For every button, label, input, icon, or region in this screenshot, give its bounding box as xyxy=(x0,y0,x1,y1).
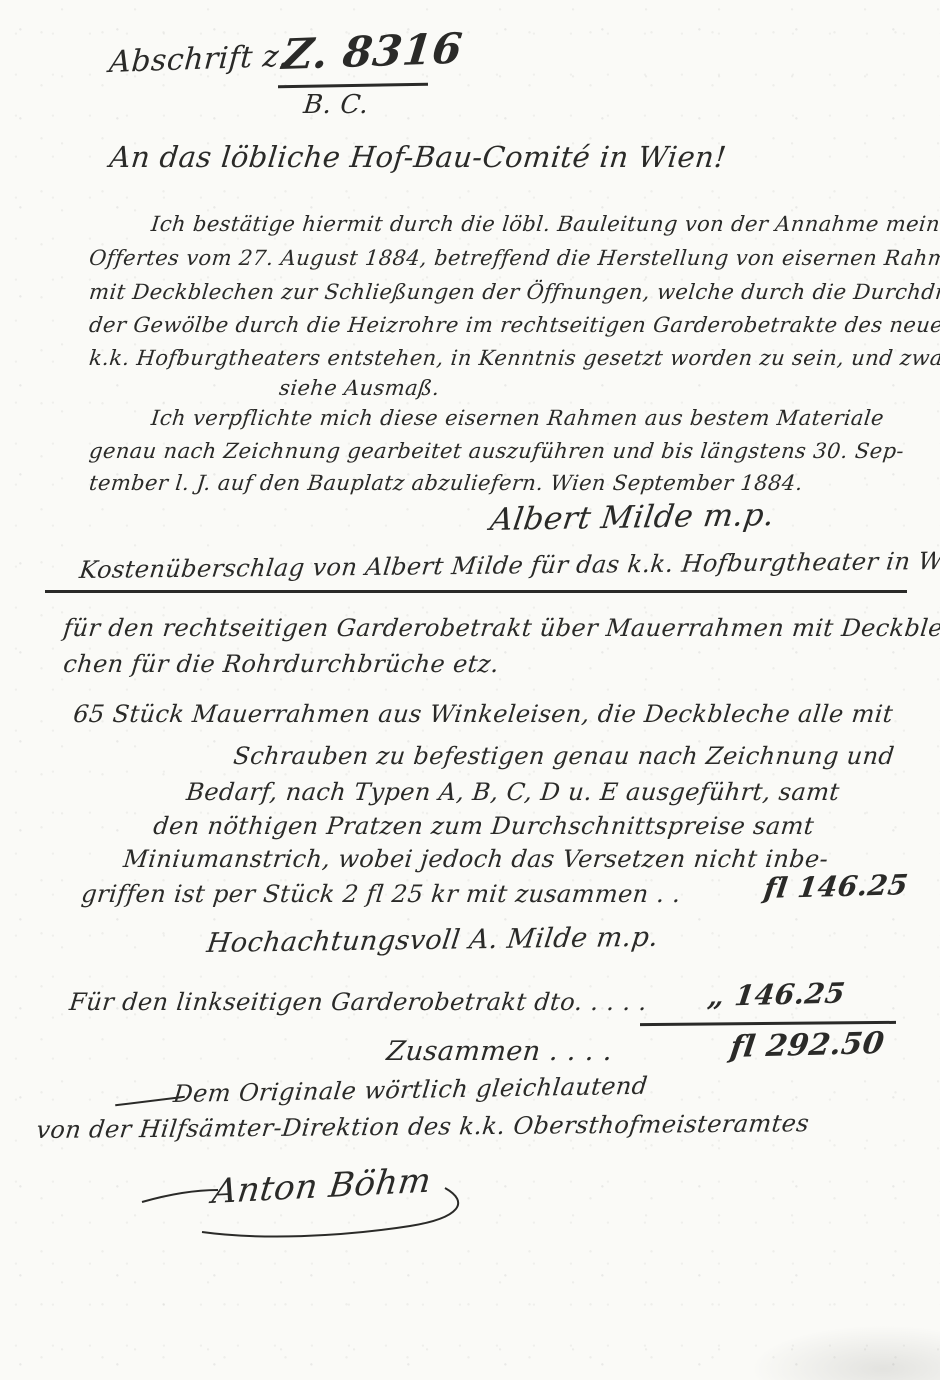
signature-flourish xyxy=(140,1160,480,1250)
reference-underline xyxy=(278,83,428,88)
total-label: Zusammen . . . . xyxy=(385,1036,614,1067)
paragraph-line: Ich bestätige hiermit durch die löbl. Ba… xyxy=(150,212,940,236)
left-tract-label: Für den linkseitigen Garderobetrakt dto.… xyxy=(68,988,648,1016)
salutation-line: An das löbliche Hof-Bau-Comité in Wien! xyxy=(108,140,728,174)
estimate-item-line: Miniumanstrich, wobei jedoch das Versetz… xyxy=(122,845,830,873)
estimate-intro-line: für den rechtseitigen Garderobetrakt übe… xyxy=(62,614,940,642)
reference-office-code: B. C. xyxy=(302,90,370,120)
subtotal-underline xyxy=(640,1021,896,1026)
estimate-closing: Hochachtungsvoll A. Milde m.p. xyxy=(205,922,660,959)
paragraph-line: tember l. J. auf den Bauplatz abzuliefer… xyxy=(88,471,804,495)
scan-smudge xyxy=(750,1325,940,1380)
total-amount: fl 292.50 xyxy=(728,1026,886,1065)
heading-rule xyxy=(45,590,907,593)
paragraph-line: Offertes vom 27. August 1884, betreffend… xyxy=(88,246,940,270)
estimate-item-line: 65 Stück Mauerrahmen aus Winkeleisen, di… xyxy=(72,700,894,728)
estimate-heading: Kostenüberschlag von Albert Milde für da… xyxy=(78,546,940,584)
paragraph-line: der Gewölbe durch die Heizrohre im recht… xyxy=(88,313,940,337)
estimate-item-line: Bedarf, nach Typen A, B, C, D u. E ausge… xyxy=(185,778,841,806)
paragraph-line: mit Deckblechen zur Schließungen der Öff… xyxy=(88,280,940,304)
paragraph-line: Ich verpflichte mich diese eisernen Rahm… xyxy=(150,406,885,430)
paragraph-line: k.k. Hofburgtheaters entstehen, in Kennt… xyxy=(88,346,940,370)
reference-label: Abschrift z. xyxy=(108,39,290,80)
left-tract-amount: „ 146.25 xyxy=(706,976,847,1013)
estimate-item-line: griffen ist per Stück 2 fl 25 kr mit zus… xyxy=(80,880,682,908)
scanned-document-page: Abschrift z. Z. 8316 B. C. An das löblic… xyxy=(0,0,940,1380)
estimate-item-line: den nöthigen Pratzen zum Durchschnittspr… xyxy=(152,812,815,840)
certification-line: Dem Originale wörtlich gleichlautend xyxy=(172,1072,649,1108)
signature-albert-milde: Albert Milde m.p. xyxy=(488,497,777,538)
item-amount: fl 146.25 xyxy=(762,868,910,905)
certification-line: von der Hilfsämter-Direktion des k.k. Ob… xyxy=(35,1109,811,1144)
paragraph-line: siehe Ausmaß. xyxy=(278,376,441,400)
estimate-item-line: Schrauben zu befestigen genau nach Zeich… xyxy=(232,742,896,770)
estimate-intro-line: chen für die Rohrdurchbrüche etz. xyxy=(62,650,500,678)
paragraph-line: genau nach Zeichnung gearbeitet auszufüh… xyxy=(88,439,905,463)
reference-number: Z. 8316 xyxy=(280,24,465,79)
